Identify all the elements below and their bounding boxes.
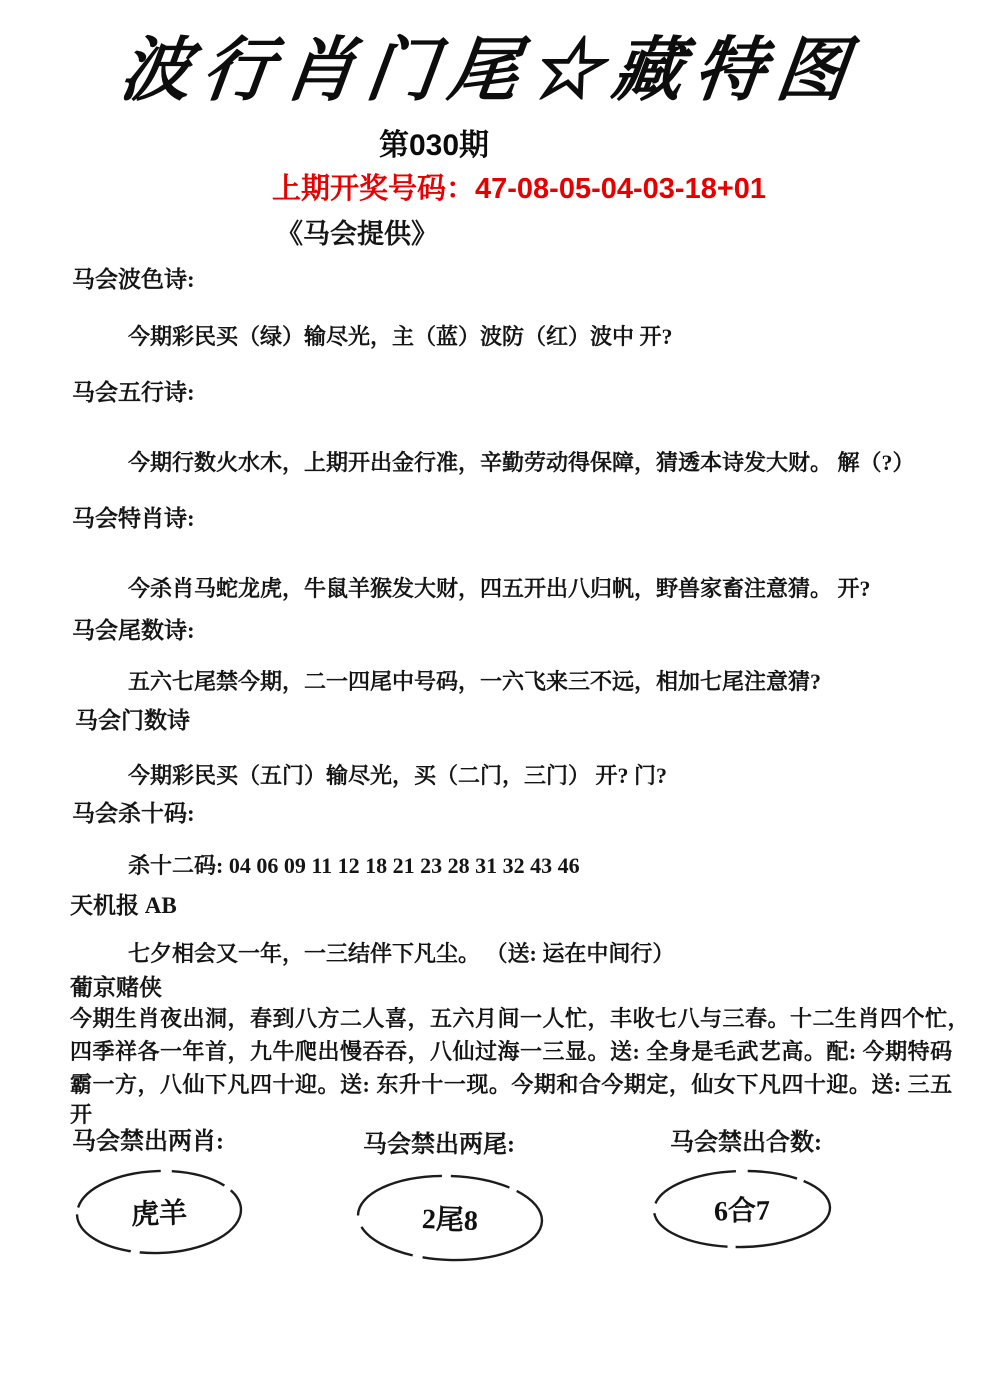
ban-value-two-zodiacs: 虎羊 xyxy=(71,1164,246,1260)
poem-special-zodiac: 今杀肖马蛇龙虎，牛鼠羊猴发大财，四五开出八归帆，野兽家畜注意猜。 开? xyxy=(128,572,871,603)
source-line: 《马会提供》 xyxy=(276,212,438,251)
ban-oval-sum-number: 6合7 xyxy=(649,1165,834,1252)
pujing-line-2: 四季祥各一年首，九牛爬出慢吞吞，八仙过海一三显。送: 全身是毛武艺高。配: 今期… xyxy=(70,1035,953,1066)
ban-label-two-zodiacs: 马会禁出两肖: xyxy=(72,1121,224,1156)
pujing-label: 葡京赌侠 xyxy=(70,969,162,1002)
section-label-five-elements: 马会五行诗: xyxy=(72,374,195,407)
poem-gate-number: 今期彩民买（五门）输尽光，买（二门，三门） 开? 门? xyxy=(128,759,667,790)
last-draw-numbers: 上期开奖号码：47-08-05-04-03-18+01 xyxy=(272,166,766,207)
section-label-gate-number: 马会门数诗 xyxy=(75,702,190,735)
tianji-poem: 七夕相会又一年，一三结伴下凡尘。 （送: 运在中间行） xyxy=(128,937,674,968)
section-label-wave-color: 马会波色诗: xyxy=(72,261,195,294)
section-label-kill-codes: 马会杀十码: xyxy=(72,795,195,828)
poem-tail-number: 五六七尾禁今期，二一四尾中号码，一六飞来三不远，相加七尾注意猜? xyxy=(128,665,821,696)
page-title: 波行肖门尾☆藏特图 xyxy=(0,14,981,115)
ban-oval-two-zodiacs: 虎羊 xyxy=(71,1164,246,1260)
poem-kill-codes: 杀十二码: 04 06 09 11 12 18 21 23 28 31 32 4… xyxy=(128,849,580,880)
section-label-tail-number: 马会尾数诗: xyxy=(72,612,195,645)
tianji-label: 天机报 AB xyxy=(70,887,177,920)
poem-wave-color: 今期彩民买（绿）输尽光，主（蓝）波防（红）波中 开? xyxy=(128,320,673,351)
poem-five-elements: 今期行数火水木，上期开出金行准，辛勤劳动得保障，猜透本诗发大财。 解（?） xyxy=(128,446,915,477)
ban-value-sum-number: 6合7 xyxy=(649,1165,834,1252)
ban-oval-two-tails: 2尾8 xyxy=(352,1169,547,1268)
ban-value-two-tails: 2尾8 xyxy=(352,1169,547,1268)
section-label-special-zodiac: 马会特肖诗: xyxy=(72,500,195,533)
ban-label-sum-number: 马会禁出合数: xyxy=(670,1122,822,1157)
issue-number: 第030期 xyxy=(0,120,868,164)
ban-label-two-tails: 马会禁出两尾: xyxy=(363,1124,515,1159)
pujing-line-1: 今期生肖夜出洞，春到八方二人喜，五六月间一人忙，丰收七八与三春。十二生肖四个忙， xyxy=(70,1002,970,1033)
pujing-line-3: 霸一方，八仙下凡四十迎。送: 东升十一现。今期和合今期定，仙女下凡四十迎。送: … xyxy=(70,1068,953,1099)
tip-sheet-page: 波行肖门尾☆藏特图 第030期 上期开奖号码：47-08-05-04-03-18… xyxy=(0,0,981,1388)
